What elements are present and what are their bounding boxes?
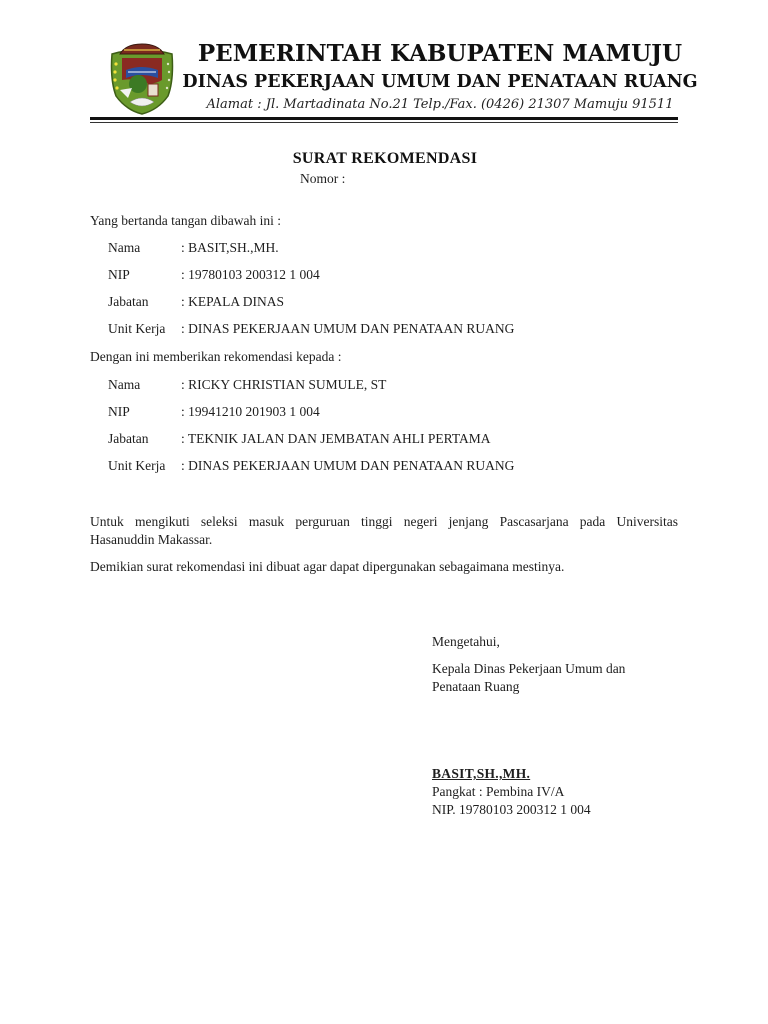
- field-value: : 19780103 200312 1 004: [181, 267, 320, 285]
- field-label: Jabatan: [108, 431, 181, 449]
- field-value: : DINAS PEKERJAAN UMUM DAN PENATAAN RUAN…: [181, 458, 514, 476]
- field-label: Nama: [108, 240, 181, 258]
- signatory-field-name: Nama : BASIT,SH.,MH.: [108, 240, 279, 258]
- document-title: SURAT REKOMENDASI: [240, 150, 530, 168]
- closing-paragraph: Demikian surat rekomendasi ini dibuat ag…: [90, 559, 564, 575]
- field-label: Nama: [108, 377, 181, 395]
- field-value: : 19941210 201903 1 004: [181, 404, 320, 422]
- field-value: : DINAS PEKERJAAN UMUM DAN PENATAAN RUAN…: [181, 321, 514, 339]
- signatory-field-position: Jabatan : KEPALA DINAS: [108, 294, 284, 312]
- letterhead-divider-thick: [90, 117, 678, 120]
- position-line-1: Kepala Dinas Pekerjaan Umum dan: [432, 660, 625, 678]
- signatory-intro: Yang bertanda tangan dibawah ini :: [90, 213, 281, 229]
- signatory-rank: Pangkat : Pembina IV/A: [432, 784, 564, 800]
- signatory-position: Kepala Dinas Pekerjaan Umum dan Penataan…: [432, 660, 625, 696]
- government-name: PEMERINTAH KABUPATEN MAMUJU: [180, 40, 700, 67]
- field-label: Unit Kerja: [108, 458, 181, 476]
- acknowledged-label: Mengetahui,: [432, 634, 500, 650]
- recipient-field-position: Jabatan : TEKNIK JALAN DAN JEMBATAN AHLI…: [108, 431, 491, 449]
- field-value: : BASIT,SH.,MH.: [181, 240, 279, 258]
- signatory-field-nip: NIP : 19780103 200312 1 004: [108, 267, 320, 285]
- signatory-name: BASIT,SH.,MH.: [432, 766, 530, 782]
- purpose-paragraph: Untuk mengikuti seleksi masuk perguruan …: [90, 513, 678, 549]
- signatory-field-unit: Unit Kerja : DINAS PEKERJAAN UMUM DAN PE…: [108, 321, 514, 339]
- field-value: : KEPALA DINAS: [181, 294, 284, 312]
- purpose-line-1: Untuk mengikuti seleksi masuk perguruan …: [90, 513, 678, 531]
- letterhead-divider-thin: [90, 122, 678, 123]
- field-label: NIP: [108, 267, 181, 285]
- recipient-field-name: Nama : RICKY CHRISTIAN SUMULE, ST: [108, 377, 386, 395]
- field-label: NIP: [108, 404, 181, 422]
- recipient-field-nip: NIP : 19941210 201903 1 004: [108, 404, 320, 422]
- field-label: Jabatan: [108, 294, 181, 312]
- field-label: Unit Kerja: [108, 321, 181, 339]
- recipient-field-unit: Unit Kerja : DINAS PEKERJAAN UMUM DAN PE…: [108, 458, 514, 476]
- letter-page: PEMERINTAH KABUPATEN MAMUJU DINAS PEKERJ…: [0, 0, 768, 1024]
- document-number: Nomor :: [300, 171, 345, 187]
- field-value: : TEKNIK JALAN DAN JEMBATAN AHLI PERTAMA: [181, 431, 491, 449]
- field-value: : RICKY CHRISTIAN SUMULE, ST: [181, 377, 386, 395]
- agency-name: DINAS PEKERJAAN UMUM DAN PENATAAN RUANG: [160, 72, 720, 92]
- recipient-intro: Dengan ini memberikan rekomendasi kepada…: [90, 349, 342, 365]
- agency-address: Alamat : Jl. Martadinata No.21 Telp./Fax…: [180, 97, 700, 112]
- position-line-2: Penataan Ruang: [432, 678, 625, 696]
- purpose-line-2: Hasanuddin Makassar.: [90, 531, 678, 549]
- signatory-nip: NIP. 19780103 200312 1 004: [432, 802, 591, 818]
